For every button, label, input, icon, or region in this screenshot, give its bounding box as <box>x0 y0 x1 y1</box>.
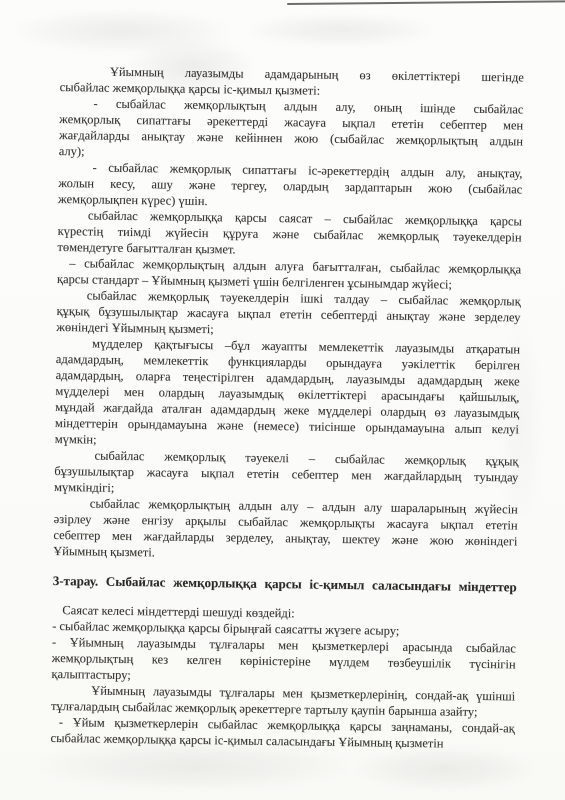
paragraph: мүдделер қақтығысы –бұл жауапты мемлекет… <box>55 335 521 453</box>
paragraph: - сыбайлас жемқорлық сипаттағы іс-әрекет… <box>58 159 523 213</box>
scanned-document-page: Ұйымның лауазымды адамдарының өз өкілетт… <box>0 0 565 800</box>
document-text: Ұйымның лауазымды адамдарының өз өкілетт… <box>50 63 523 752</box>
paragraph: - Ұйым қызметкерлерін сыбайлас жемқорлық… <box>50 714 514 752</box>
scan-edge-line <box>287 0 565 5</box>
scan-ghost-mark <box>355 748 535 790</box>
paragraph: сыбайлас жемқорлық тәуекелі – сыбайлас ж… <box>54 447 519 501</box>
paragraph: - Ұйымның лауазымды тұлғалары мен қызмет… <box>51 634 516 688</box>
section-heading: 3-тарау. Сыбайлас жемқорлыққа қарсы іс-қ… <box>53 573 517 595</box>
paragraph: сыбайлас жемқорлыққа қарсы саясат – сыба… <box>57 207 522 261</box>
scan-ghost-mark <box>248 14 433 46</box>
paragraph: - сыбайлас жемқорлықтың алдын алу, оның … <box>59 95 524 165</box>
scan-ghost-mark <box>15 10 230 52</box>
heading-line: 3-тарау. Сыбайлас жемқорлыққа қарсы іс-қ… <box>53 573 517 595</box>
paragraph: сыбайлас жемқорлықтың алдын алу – алдын … <box>53 495 518 565</box>
paragraph: сыбайлас жемқорлық тәуекелдерін ішкі тал… <box>56 287 521 341</box>
